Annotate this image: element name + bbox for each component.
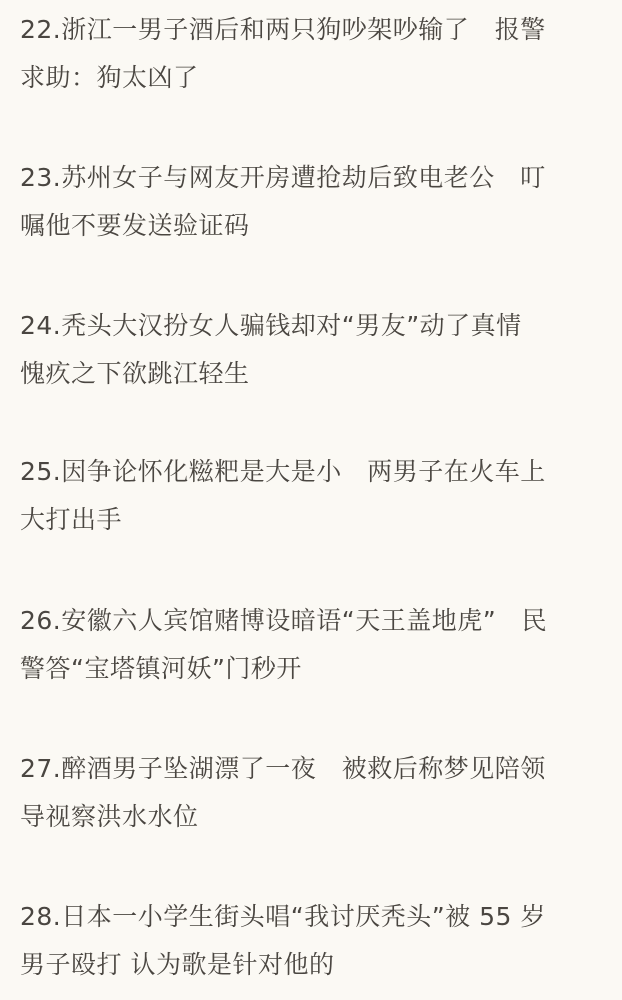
news-item-line2: 男子殴打 认为歌是针对他的 bbox=[20, 941, 610, 989]
news-item-27: 27.醉酒男子坠湖漂了一夜 被救后称梦见陪领 导视察洪水水位 bbox=[20, 745, 610, 841]
news-item-24: 24.秃头大汉扮女人骗钱却对“男友”动了真情 愧疚之下欲跳江轻生 bbox=[20, 302, 610, 398]
news-item-line2: 大打出手 bbox=[20, 496, 610, 544]
news-item-28: 28.日本一小学生街头唱“我讨厌秃头”被 55 岁 男子殴打 认为歌是针对他的 bbox=[20, 893, 610, 989]
news-item-line1: 24.秃头大汉扮女人骗钱却对“男友”动了真情 bbox=[20, 302, 610, 350]
news-item-line2: 警答“宝塔镇河妖”门秒开 bbox=[20, 645, 610, 693]
news-item-26: 26.安徽六人宾馆赌博设暗语“天王盖地虎” 民 警答“宝塔镇河妖”门秒开 bbox=[20, 597, 610, 693]
news-item-23: 23.苏州女子与网友开房遭抢劫后致电老公 叮 嘱他不要发送验证码 bbox=[20, 154, 610, 250]
news-item-line1: 23.苏州女子与网友开房遭抢劫后致电老公 叮 bbox=[20, 154, 610, 202]
news-item-line1: 27.醉酒男子坠湖漂了一夜 被救后称梦见陪领 bbox=[20, 745, 610, 793]
news-item-22: 22.浙江一男子酒后和两只狗吵架吵输了 报警 求助：狗太凶了 bbox=[20, 6, 610, 102]
news-item-line2: 愧疚之下欲跳江轻生 bbox=[20, 350, 610, 398]
news-item-line1: 22.浙江一男子酒后和两只狗吵架吵输了 报警 bbox=[20, 6, 610, 54]
news-item-line2: 求助：狗太凶了 bbox=[20, 54, 610, 102]
news-item-25: 25.因争论怀化糍粑是大是小 两男子在火车上 大打出手 bbox=[20, 448, 610, 544]
news-item-line2: 嘱他不要发送验证码 bbox=[20, 202, 610, 250]
news-item-line1: 28.日本一小学生街头唱“我讨厌秃头”被 55 岁 bbox=[20, 893, 610, 941]
news-item-line2: 导视察洪水水位 bbox=[20, 793, 610, 841]
news-item-line1: 26.安徽六人宾馆赌博设暗语“天王盖地虎” 民 bbox=[20, 597, 610, 645]
news-item-line1: 25.因争论怀化糍粑是大是小 两男子在火车上 bbox=[20, 448, 610, 496]
